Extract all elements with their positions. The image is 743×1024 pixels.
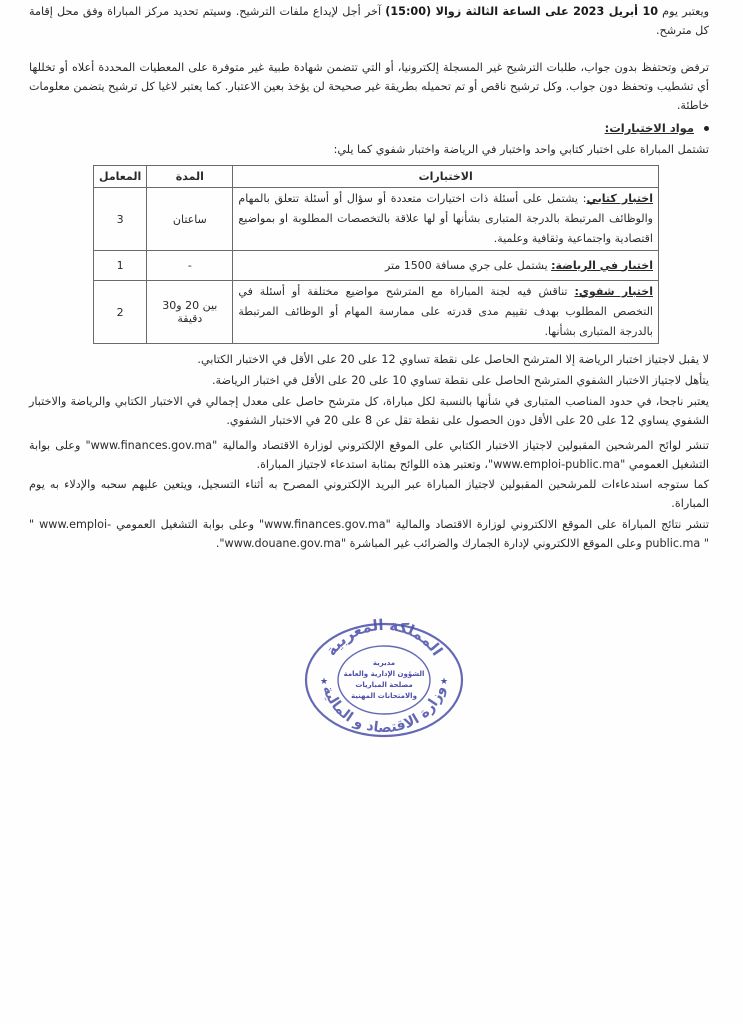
table-header-row: الاختبارات المدة المعامل [94, 166, 659, 188]
lists-text-3: ، وتعتبر هذه اللوائح بمثابة استدعاء لاجت… [257, 458, 489, 471]
rule-oral-eligibility: يتأهل لاجتياز الاختبار الشفوي المترشح ال… [29, 371, 709, 390]
results-text-2: وعلى بوابة التشغيل العمومي [111, 518, 259, 531]
deadline-date: 10 أبريل 2023 على الساعة الثالثة زوالا (… [385, 5, 658, 18]
stamp-line: مديرية [300, 658, 468, 669]
section-heading-text: مواد الاختبارات: [605, 121, 694, 135]
test-coefficient: 2 [94, 281, 147, 344]
tests-section-heading: مواد الاختبارات: [605, 121, 709, 135]
test-coefficient: 1 [94, 251, 147, 281]
test-duration: ساعتان [147, 188, 233, 251]
test-duration: بين 20 و30 دقيقة [147, 281, 233, 344]
svg-text:المملكة المغربية: المملكة المغربية [322, 618, 446, 659]
rule-success-criteria: يعتبر ناجحا، في حدود المناصب المتبارى في… [29, 392, 709, 430]
stamp-line: مصلحة المباريات [300, 680, 468, 691]
document-page: ويعتبر يوم 10 أبريل 2023 على الساعة الثا… [0, 0, 743, 1024]
stamp-line: الشؤون الإدارية والعامة [300, 669, 468, 680]
table-row: اختبار كتابي: يشتمل على أسئلة ذات اختيار… [94, 188, 659, 251]
table-row: اختبار في الرياضة: يشتمل على جري مسافة 1… [94, 251, 659, 281]
tests-intro: تشتمل المباراة على اختبار كتابي واحد واخ… [29, 140, 709, 159]
test-description: اختبار كتابي: يشتمل على أسئلة ذات اختيار… [233, 188, 659, 251]
finances-site-link[interactable]: "www.finances.gov.ma" [259, 518, 391, 531]
test-description: اختبار في الرياضة: يشتمل على جري مسافة 1… [233, 251, 659, 281]
deadline-paragraph: ويعتبر يوم 10 أبريل 2023 على الساعة الثا… [29, 2, 709, 40]
stamp-line: والامتحانات المهنية [300, 691, 468, 702]
test-description-text: يشتمل على جري مسافة 1500 متر [385, 259, 551, 272]
results-paragraph: تنشر نتائج المباراة على الموقع الالكترون… [29, 515, 709, 553]
lists-publication-paragraph: تنشر لوائح المرشحين المقبولين لاجتياز ال… [29, 436, 709, 474]
finances-site-link[interactable]: "www.finances.gov.ma" [86, 439, 218, 452]
results-text-1: تنشر نتائج المباراة على الموقع الالكترون… [391, 518, 709, 531]
bullet-icon [704, 126, 709, 131]
test-coefficient: 3 [94, 188, 147, 251]
test-label: اختبار شفوي: [574, 285, 653, 298]
emploi-public-site-link[interactable]: "www.emploi-public.ma" [488, 458, 625, 471]
lists-text-1: تنشر لوائح المرشحين المقبولين لاجتياز ال… [217, 439, 709, 452]
test-duration: - [147, 251, 233, 281]
table-row: اختبار شفوي: تناقش فيه لجنة المباراة مع … [94, 281, 659, 344]
rule-sports-eligibility: لا يقبل لاجتياز اختبار الرياضة إلا المتر… [29, 350, 709, 369]
results-text-3: وعلى الموقع الالكتروني لإدارة الجمارك وا… [346, 537, 645, 550]
stamp-inner-text: مديرية الشؤون الإدارية والعامة مصلحة الم… [300, 658, 468, 702]
deadline-text-start: ويعتبر يوم [658, 5, 709, 18]
test-label: اختبار في الرياضة: [551, 259, 653, 272]
header-tests: الاختبارات [233, 166, 659, 188]
tests-table: الاختبارات المدة المعامل اختبار كتابي: ي… [93, 165, 659, 344]
douane-site-link[interactable]: "www.douane.gov.ma" [219, 537, 346, 550]
header-duration: المدة [147, 166, 233, 188]
test-description: اختبار شفوي: تناقش فيه لجنة المباراة مع … [233, 281, 659, 344]
official-stamp: المملكة المغربية وزارة الاقتصاد و المالي… [300, 618, 468, 738]
convocations-paragraph: كما ستوجه استدعاءات للمرشحين المقبولين ل… [29, 475, 709, 513]
header-coefficient: المعامل [94, 166, 147, 188]
rejection-paragraph: ترفض وتحتفظ بدون جواب، طلبات الترشيح غير… [29, 58, 709, 115]
test-label: اختبار كتابي [586, 192, 653, 205]
